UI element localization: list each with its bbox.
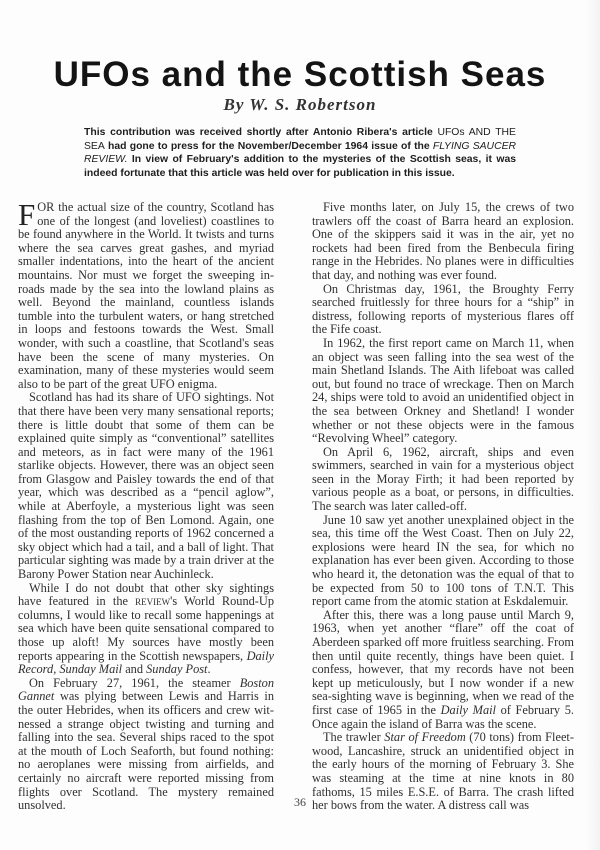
page-number: 36 [0, 795, 600, 810]
ship-name: Star of Freedom [384, 730, 465, 744]
newspaper-name: Sunday Post [146, 662, 207, 676]
paragraph-text: After this, there was a long pause until… [312, 608, 574, 717]
left-column: FOR the actual size of the country, Scot… [18, 201, 274, 813]
paragraph: Scotland has had its share of UFO sighti… [18, 391, 274, 581]
paragraph: On February 27, 1961, the steamer Boston… [18, 677, 274, 813]
separator: . [207, 662, 210, 676]
drop-cap: F [18, 203, 35, 227]
paragraph-text: On February 27, 1961, the steamer [29, 676, 240, 690]
newspaper-name: Daily Mail [441, 703, 496, 717]
paragraph: While I do not doubt that other sky sigh… [18, 582, 274, 677]
paragraph: On Christmas day, 1961, the Broughty Fer… [312, 283, 574, 337]
paragraph: On April 6, 1962, aircraft, ships and ev… [312, 446, 574, 514]
intro-text-1: This contribution was received shortly a… [84, 127, 437, 138]
paragraph-text: OR the actual size of the country, Scotl… [18, 200, 274, 391]
paragraph: Five months later, on July 15, the crews… [312, 201, 574, 283]
intro-text-2: had gone to press for the November/Decem… [105, 141, 433, 152]
page-edge-shadow [586, 0, 600, 850]
article-byline: By W. S. Robertson [0, 95, 600, 115]
paragraph: In 1962, the first report came on March … [312, 337, 574, 446]
intro-text-3: In view of February's addition to the my… [84, 154, 516, 179]
paragraph: FOR the actual size of the country, Scot… [18, 201, 274, 391]
magazine-page: UFOs and the Scottish Seas By W. S. Robe… [0, 0, 600, 850]
editorial-intro: This contribution was received shortly a… [84, 126, 516, 180]
paragraph-text: The trawler [323, 730, 384, 744]
right-column: Five months later, on July 15, the crews… [312, 201, 574, 813]
paragraph-text: was plying between Lewis and Harris in t… [18, 689, 274, 812]
newspaper-name: Sunday Mail [59, 662, 122, 676]
article-title: UFOs and the Scottish Seas [0, 55, 600, 95]
paragraph: After this, there was a long pause until… [312, 609, 574, 731]
paragraph: June 10 saw yet another unexplained obje… [312, 514, 574, 609]
review-reference: review [135, 594, 170, 608]
separator: and [122, 662, 146, 676]
